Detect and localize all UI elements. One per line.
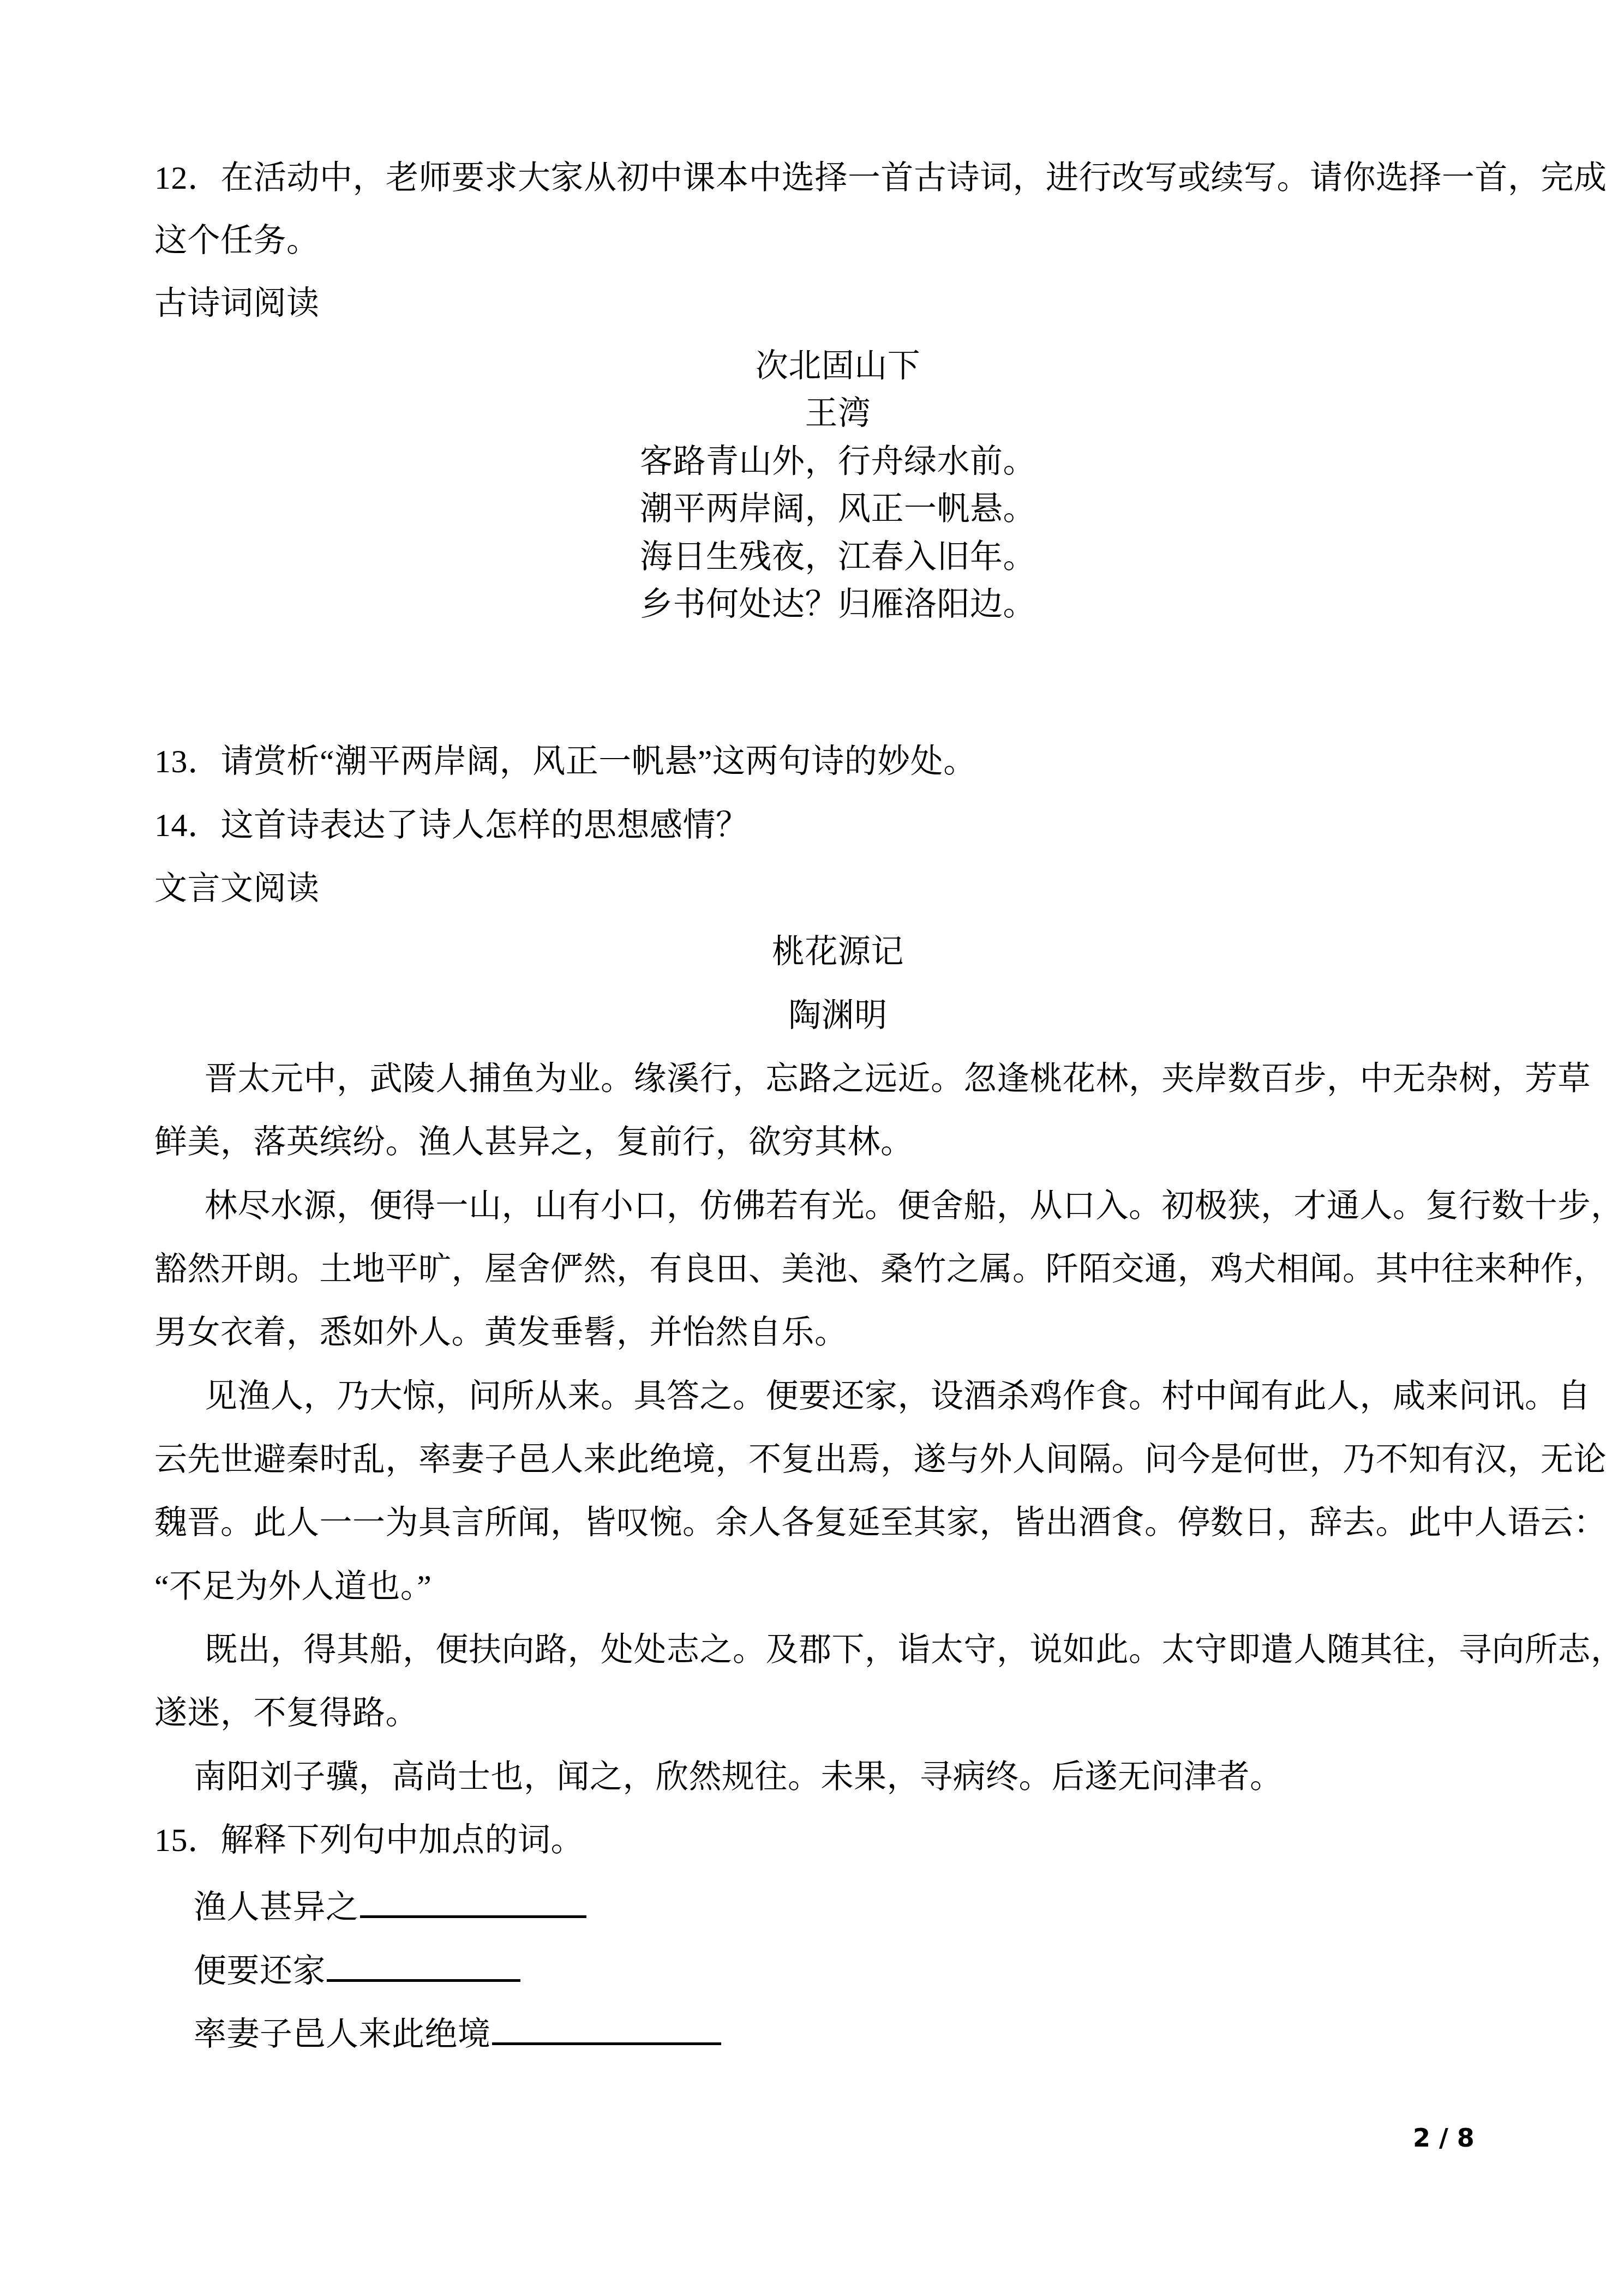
- section-heading-classical: 文言文阅读: [154, 869, 1469, 908]
- prose-author: 陶渊明: [154, 996, 1521, 1035]
- question-13: 13．请赏析“潮平两岸阔，风正一帆悬”这两句诗的妙处。: [154, 742, 1469, 781]
- poem-line: 海日生残夜，江春入旧年。: [154, 537, 1521, 576]
- question-12-line-2: 这个任务。: [154, 221, 1469, 260]
- section-heading-poetry: 古诗词阅读: [154, 284, 1469, 323]
- prose-line: 云先世避秦时乱，率妻子邑人来此绝境，不复出焉，遂与外人间隔。问今是何世，乃不知有…: [154, 1440, 1469, 1479]
- q15-item-sentence: 率妻子邑人来此绝境: [194, 2016, 491, 2052]
- q15-item: 率妻子邑人来此绝境: [194, 2011, 1508, 2054]
- q15-item: 便要还家: [194, 1948, 1508, 1991]
- poem-line: 乡书何处达？归雁洛阳边。: [154, 585, 1521, 624]
- prose-line: 遂迷，不复得路。: [154, 1693, 1469, 1733]
- prose-line: 南阳刘子骥，高尚士也，闻之，欣然规往。未果，寻病终。后遂无问津者。: [194, 1757, 1508, 1796]
- question-12-line-1: 12．在活动中，老师要求大家从初中课本中选择一首古诗词，进行改写或续写。请你选择…: [154, 158, 1469, 197]
- page-number: 2 / 8: [1413, 2121, 1475, 2154]
- poem-line: 潮平两岸阔，风正一帆悬。: [154, 489, 1521, 528]
- poem-author: 王湾: [154, 394, 1521, 433]
- prose-line: 晋太元中，武陵人捕鱼为业。缘溪行，忘路之远近。忽逢桃花林，夹岸数百步，中无杂树，…: [205, 1059, 1470, 1098]
- prose-line: 见渔人，乃大惊，问所从来。具答之。便要还家，设酒杀鸡作食。村中闻有此人，咸来问讯…: [205, 1377, 1470, 1416]
- prose-title: 桃花源记: [154, 932, 1521, 971]
- prose-line: 鲜美，落英缤纷。渔人甚异之，复前行，欲穷其林。: [154, 1122, 1469, 1162]
- question-14: 14．这首诗表达了诗人怎样的思想感情？: [154, 806, 1469, 845]
- prose-line: 魏晋。此人一一为具言所闻，皆叹惋。余人各复延至其家，皆出酒食。停数日，辞去。此中…: [154, 1503, 1469, 1542]
- exam-page: 12．在活动中，老师要求大家从初中课本中选择一首古诗词，进行改写或续写。请你选择…: [0, 0, 1624, 2296]
- prose-line: 林尽水源，便得一山，山有小口，仿佛若有光。便舍船，从口入。初极狭，才通人。复行数…: [205, 1186, 1470, 1225]
- answer-blank[interactable]: [360, 1884, 586, 1918]
- q15-item: 渔人甚异之: [194, 1884, 1508, 1927]
- prose-line: 男女衣着，悉如外人。黄发垂髫，并怡然自乐。: [154, 1313, 1469, 1352]
- prose-line: 豁然开朗。土地平旷，屋舍俨然，有良田、美池、桑竹之属。阡陌交通，鸡犬相闻。其中往…: [154, 1249, 1469, 1289]
- prose-line: “不足为外人道也。”: [154, 1567, 1469, 1606]
- q15-item-sentence: 渔人甚异之: [194, 1889, 359, 1925]
- poem-line: 客路青山外，行舟绿水前。: [154, 442, 1521, 481]
- poem-title: 次北固山下: [154, 346, 1521, 386]
- prose-line: 既出，得其船，便扶向路，处处志之。及郡下，诣太守，说如此。太守即遣人随其往，寻向…: [205, 1630, 1470, 1669]
- answer-blank[interactable]: [327, 1948, 520, 1982]
- question-15-prompt: 15．解释下列句中加点的词。: [154, 1820, 1469, 1860]
- answer-blank[interactable]: [492, 2011, 721, 2045]
- q15-item-sentence: 便要还家: [194, 1953, 326, 1989]
